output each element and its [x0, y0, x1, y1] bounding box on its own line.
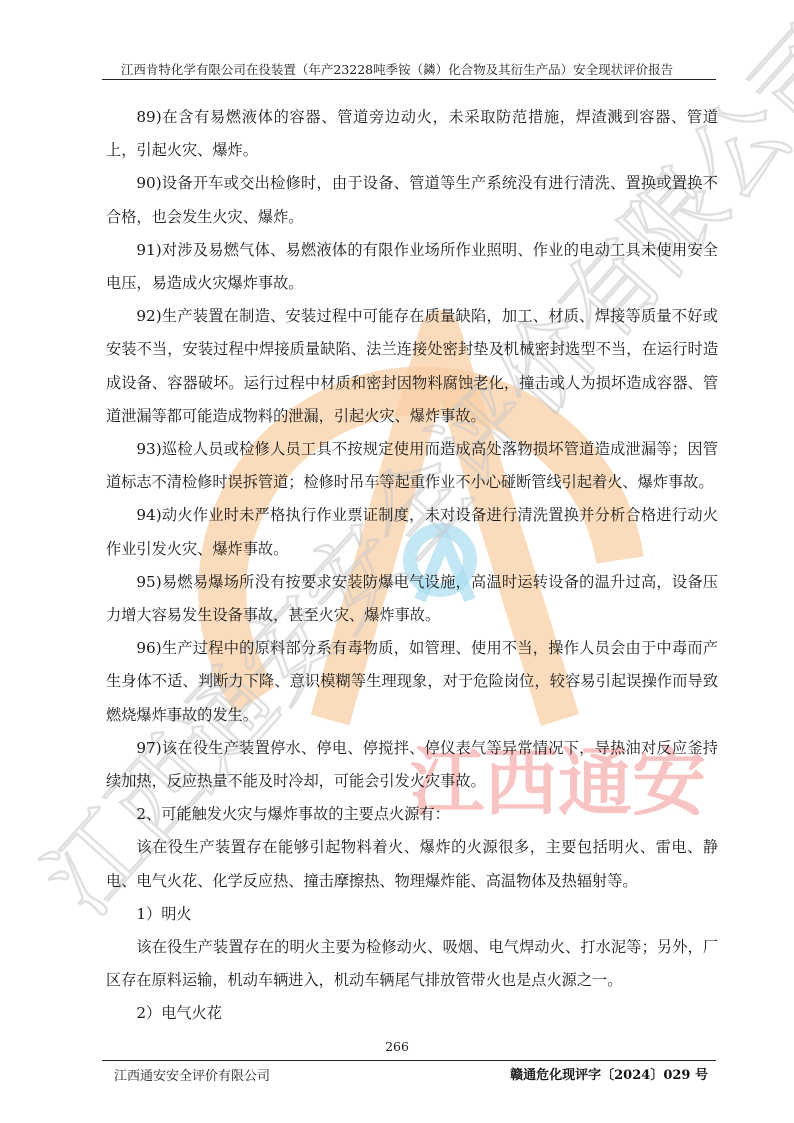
footer-divider [102, 1060, 716, 1061]
paragraph-item-95: 95)易燃易爆场所没有按要求安装防爆电气设施，高温时运转设备的温升过高，设备压力… [106, 566, 718, 632]
paragraph-item-90: 90)设备开车或交出检修时，由于设备、管道等生产系统没有进行清洗、置换或置换不合… [106, 167, 718, 233]
paragraph-item-97: 97)该在役生产装置停水、停电、停搅拌、停仪表气等异常情况下，导热油对反应釜持续… [106, 732, 718, 798]
paragraph-item-89: 89)在含有易燃液体的容器、管道旁边动火，未采取防范措施，焊渣溅到容器、管道上，… [106, 101, 718, 167]
subheading-electric-spark: 2）电气火花 [106, 997, 718, 1030]
section-heading-ignition-sources: 2、可能触发火灾与爆炸事故的主要点火源有： [106, 798, 718, 831]
paragraph-open-flame: 该在役生产装置存在的明火主要为检修动火、吸烟、电气焊动火、打水泥等；另外，厂区存… [106, 931, 718, 997]
paragraph-item-93: 93)巡检人员或检修人员工具不按规定使用而造成高处落物损坏管道造成泄漏等；因管道… [106, 433, 718, 499]
paragraph-item-96: 96)生产过程中的原料部分系有毒物质，如管理、使用不当，操作人员会由于中毒而产生… [106, 632, 718, 732]
subheading-open-flame: 1）明火 [106, 898, 718, 931]
running-header-title: 江西肯特化学有限公司在役装置（年产23228吨季铵（鏻）化合物及其衍生产品）安全… [0, 60, 794, 78]
paragraph-ignition-overview: 该在役生产装置存在能够引起物料着火、爆炸的火源很多，主要包括明火、雷电、静电、电… [106, 831, 718, 897]
page-number: 266 [0, 1039, 794, 1054]
footer-document-number: 赣通危化现评字〔2024〕029 号 [510, 1064, 708, 1083]
paragraph-item-94: 94)动火作业时未严格执行作业票证制度，未对设备进行清洗置换并分析合格进行动火作… [106, 499, 718, 565]
paragraph-item-92: 92)生产装置在制造、安装过程中可能存在质量缺陷，加工、材质、焊接等质量不好或安… [106, 300, 718, 433]
footer-company-name: 江西通安安全评价有限公司 [114, 1065, 270, 1084]
paragraph-item-91: 91)对涉及易燃气体、易燃液体的有限作业场所作业照明、作业的电动工具未使用安全电… [106, 234, 718, 300]
document-body: 89)在含有易燃液体的容器、管道旁边动火，未采取防范措施，焊渣溅到容器、管道上，… [106, 101, 718, 1031]
header-divider [102, 79, 716, 80]
